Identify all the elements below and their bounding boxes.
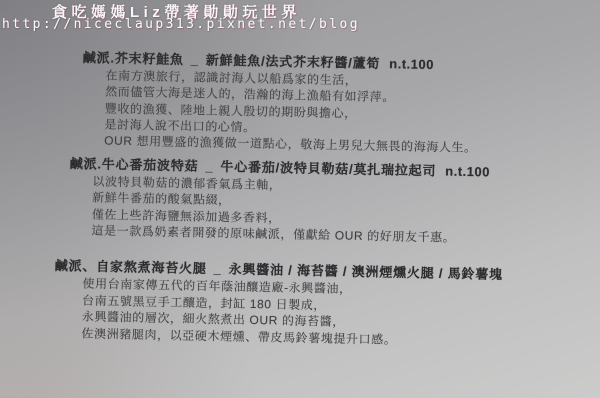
menu-section-tomato-portobello: 鹹派.牛心番茄波特菇_牛心番茄/波特貝勒菇/莫扎瑞拉起司n.t.100 以波特貝… — [68, 155, 490, 247]
menu-item-description: 以波特貝勒菇的濃郁香氣爲主軸， 新鮮牛番茄的酸氣點綴， 僅佐上些許海鹽無添加過多… — [68, 173, 489, 247]
menu-item-ingredients: 牛心番茄/波特貝勒菇/莫扎瑞拉起司 — [220, 159, 436, 178]
menu-section-mustard-salmon: 鹹派.芥末籽鮭魚_新鮮鮭魚/法式芥末籽醬/蘆筍n.t.100 在南方澳旅行，認識… — [81, 49, 479, 156]
menu-item-price: n.t.100 — [445, 164, 490, 180]
menu-item-name: 鹹派.牛心番茄波特菇 — [70, 156, 199, 174]
menu-section-seaweed-ham: 鹹派、自家熬煮海苔火腿_永興醬油 / 海苔醬 / 澳洲煙燻火腿 / 馬鈴薯塊 使… — [53, 257, 512, 351]
menu-item-name: 鹹派.芥末籽鮭魚 — [83, 50, 184, 67]
menu-item-description: 在南方澳旅行，認識討海人以船爲家的生活， 然而儘管大海是迷人的，浩瀚的海上漁船有… — [81, 67, 478, 156]
title-separator: _ — [213, 261, 221, 276]
menu-item-price: n.t.100 — [389, 56, 434, 72]
menu-item-name: 鹹派、自家熬煮海苔火腿 — [55, 258, 207, 276]
menu-item-description: 使用台南家傳五代的百年蔭油釀造廠-永興醬油， 台南五號黑豆手工釀造，封缸 180… — [53, 275, 511, 351]
menu-item-ingredients: 新鮮鮭魚/法式芥末籽醬/蘆筍 — [206, 52, 381, 70]
watermark-blog-url: http://niceclaup313.pixnet.net/blog — [2, 17, 360, 32]
menu-photo: 貪吃媽媽Liz帶著勛勛玩世界 http://niceclaup313.pixne… — [0, 0, 600, 398]
title-separator: _ — [191, 52, 199, 67]
title-separator: _ — [205, 159, 213, 174]
